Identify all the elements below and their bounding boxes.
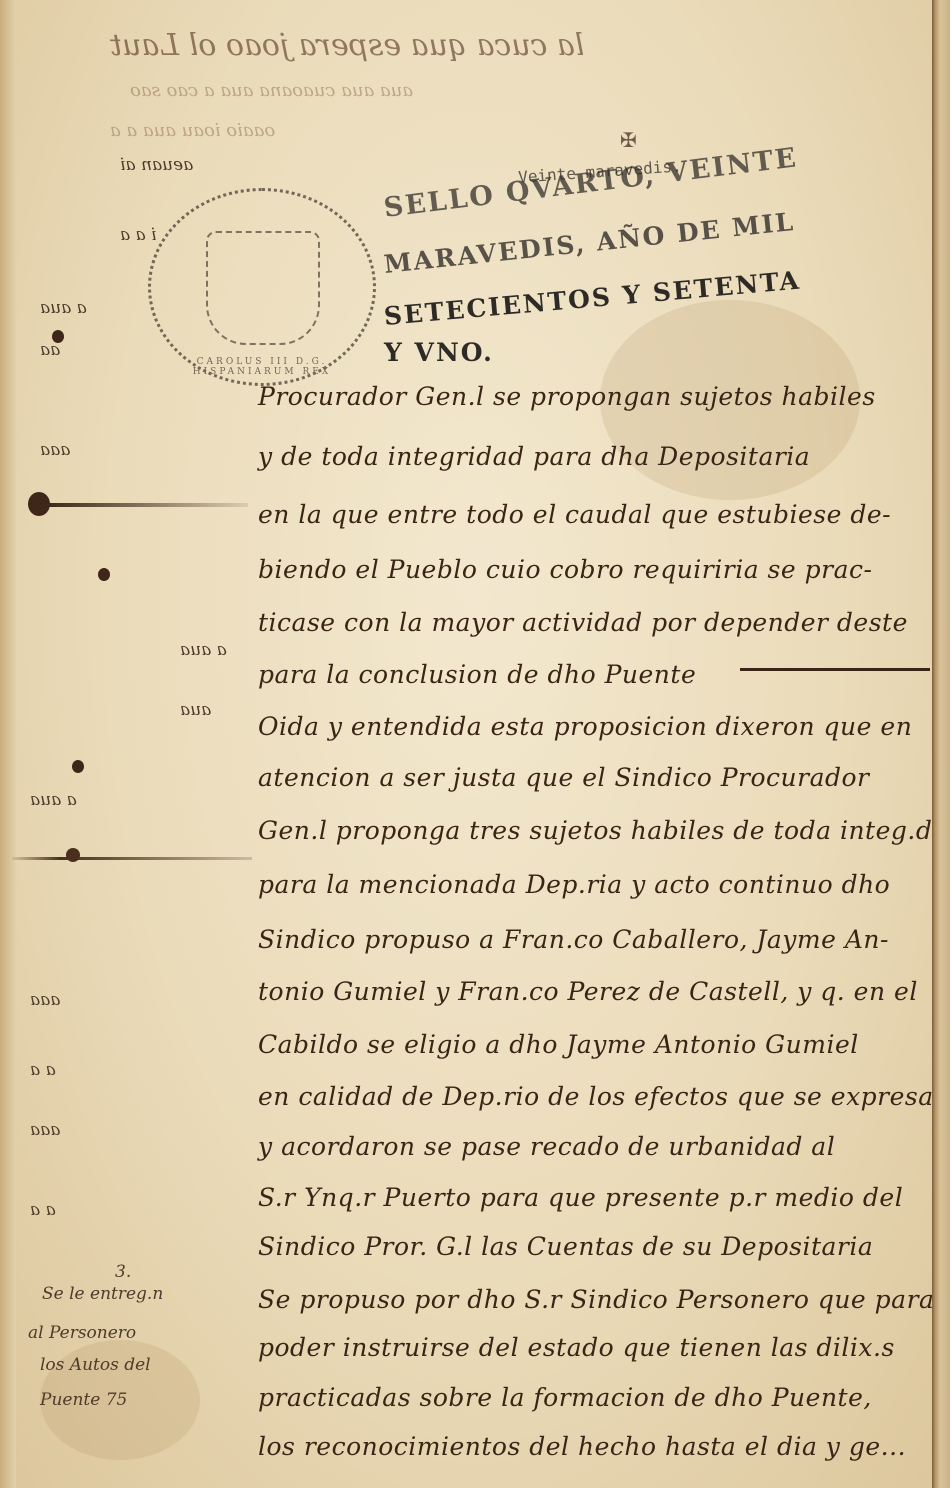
margin-bleed: a aua (180, 640, 227, 660)
margin-note-line: al Personero (28, 1323, 136, 1343)
bleed-through-line: la cuca qua espera joao ol Laut (110, 28, 584, 63)
royal-seal: CAROLUS III D.G. HISPANIARUM REX (148, 188, 376, 386)
margin-bleed: aaa (40, 440, 70, 460)
margin-bleed: a a (30, 1060, 56, 1080)
margin-bleed: aua (180, 700, 211, 720)
margin-note-line: los Autos del (40, 1355, 151, 1375)
margin-bleed: aaa (30, 990, 60, 1010)
body-line: y de toda integridad para dha Depositari… (258, 442, 938, 471)
margin-bleed: a a (30, 1200, 56, 1220)
margin-bleed: i a a (120, 225, 157, 245)
body-line: para la conclusion de dho Puente (258, 660, 938, 689)
body-line: Cabildo se eligio a dho Jayme Antonio Gu… (258, 1030, 938, 1059)
manuscript-page: la cuca qua espera joao ol Laut aua aua … (0, 0, 950, 1488)
body-line: para la mencionada Dep.ria y acto contin… (258, 870, 938, 899)
adjacent-page-edge (932, 0, 950, 1488)
body-line: S.r Ynq.r Puerto para que presente p.r m… (258, 1183, 938, 1212)
body-line: Se propuso por dho S.r Sindico Personero… (258, 1285, 938, 1314)
stamp-line-2: MARAVEDIS, AÑO DE MIL (382, 207, 796, 279)
pointing-hand-mark-icon (28, 492, 50, 516)
stamp-line-4: Y VNO. (384, 338, 494, 367)
body-line: en la que entre todo el caudal que estub… (258, 500, 938, 529)
seal-label: CAROLUS III D.G. HISPANIARUM REX (151, 357, 373, 377)
bleed-through-line: aua aua cuaoana aua a cao sao (130, 80, 413, 101)
margin-note-line: Se le entreg.n (42, 1284, 163, 1304)
ink-blot (98, 568, 110, 581)
body-line: Sindico Pror. G.l las Cuentas de su Depo… (258, 1232, 938, 1261)
body-line: practicadas sobre la formacion de dho Pu… (258, 1383, 938, 1412)
body-line: y acordaron se pase recado de urbanidad … (258, 1132, 938, 1161)
ink-bullet-tail (12, 857, 252, 860)
pointing-mark-tail (48, 503, 248, 507)
body-line: Sindico propuso a Fran.co Caballero, Jay… (258, 925, 938, 954)
margin-note-line: Puente 75 (40, 1390, 127, 1410)
body-line: ticase con la mayor actividad por depend… (258, 608, 938, 637)
ink-blot (52, 330, 64, 343)
page-left-edge (0, 0, 16, 1488)
bleed-through-line: oaaio ioau aua a a (110, 120, 275, 141)
body-line: los reconocimientos del hecho hasta el d… (258, 1432, 938, 1461)
body-line: Oida y entendida esta proposicion dixero… (258, 712, 938, 741)
margin-bleed: aaa (30, 1120, 60, 1140)
cross-mark-icon: ✠ (620, 128, 637, 152)
line-end-rule (740, 668, 930, 671)
margin-bleed: aeuan ai (120, 155, 193, 175)
margin-bleed: aa (40, 340, 60, 360)
body-line: Gen.l proponga tres sujetos habiles de t… (258, 816, 938, 845)
coat-of-arms-icon (206, 231, 320, 345)
margin-bleed: a aua (30, 790, 77, 810)
body-line: tonio Gumiel y Fran.co Perez de Castell,… (258, 977, 938, 1006)
body-line: en calidad de Dep.rio de los efectos que… (258, 1082, 938, 1111)
stamp-line-1: SELLO QVARTO, VEINTE (382, 142, 799, 224)
body-line: atencion a ser justa que el Sindico Proc… (258, 763, 938, 792)
margin-note-number: 3. (115, 1262, 131, 1282)
ink-blot (72, 760, 84, 773)
body-line: biendo el Pueblo cuio cobro requiriria s… (258, 555, 938, 584)
margin-bleed: a aua (40, 298, 87, 318)
body-line: Procurador Gen.l se propongan sujetos ha… (258, 382, 938, 411)
body-line: poder instruirse del estado que tienen l… (258, 1333, 938, 1362)
